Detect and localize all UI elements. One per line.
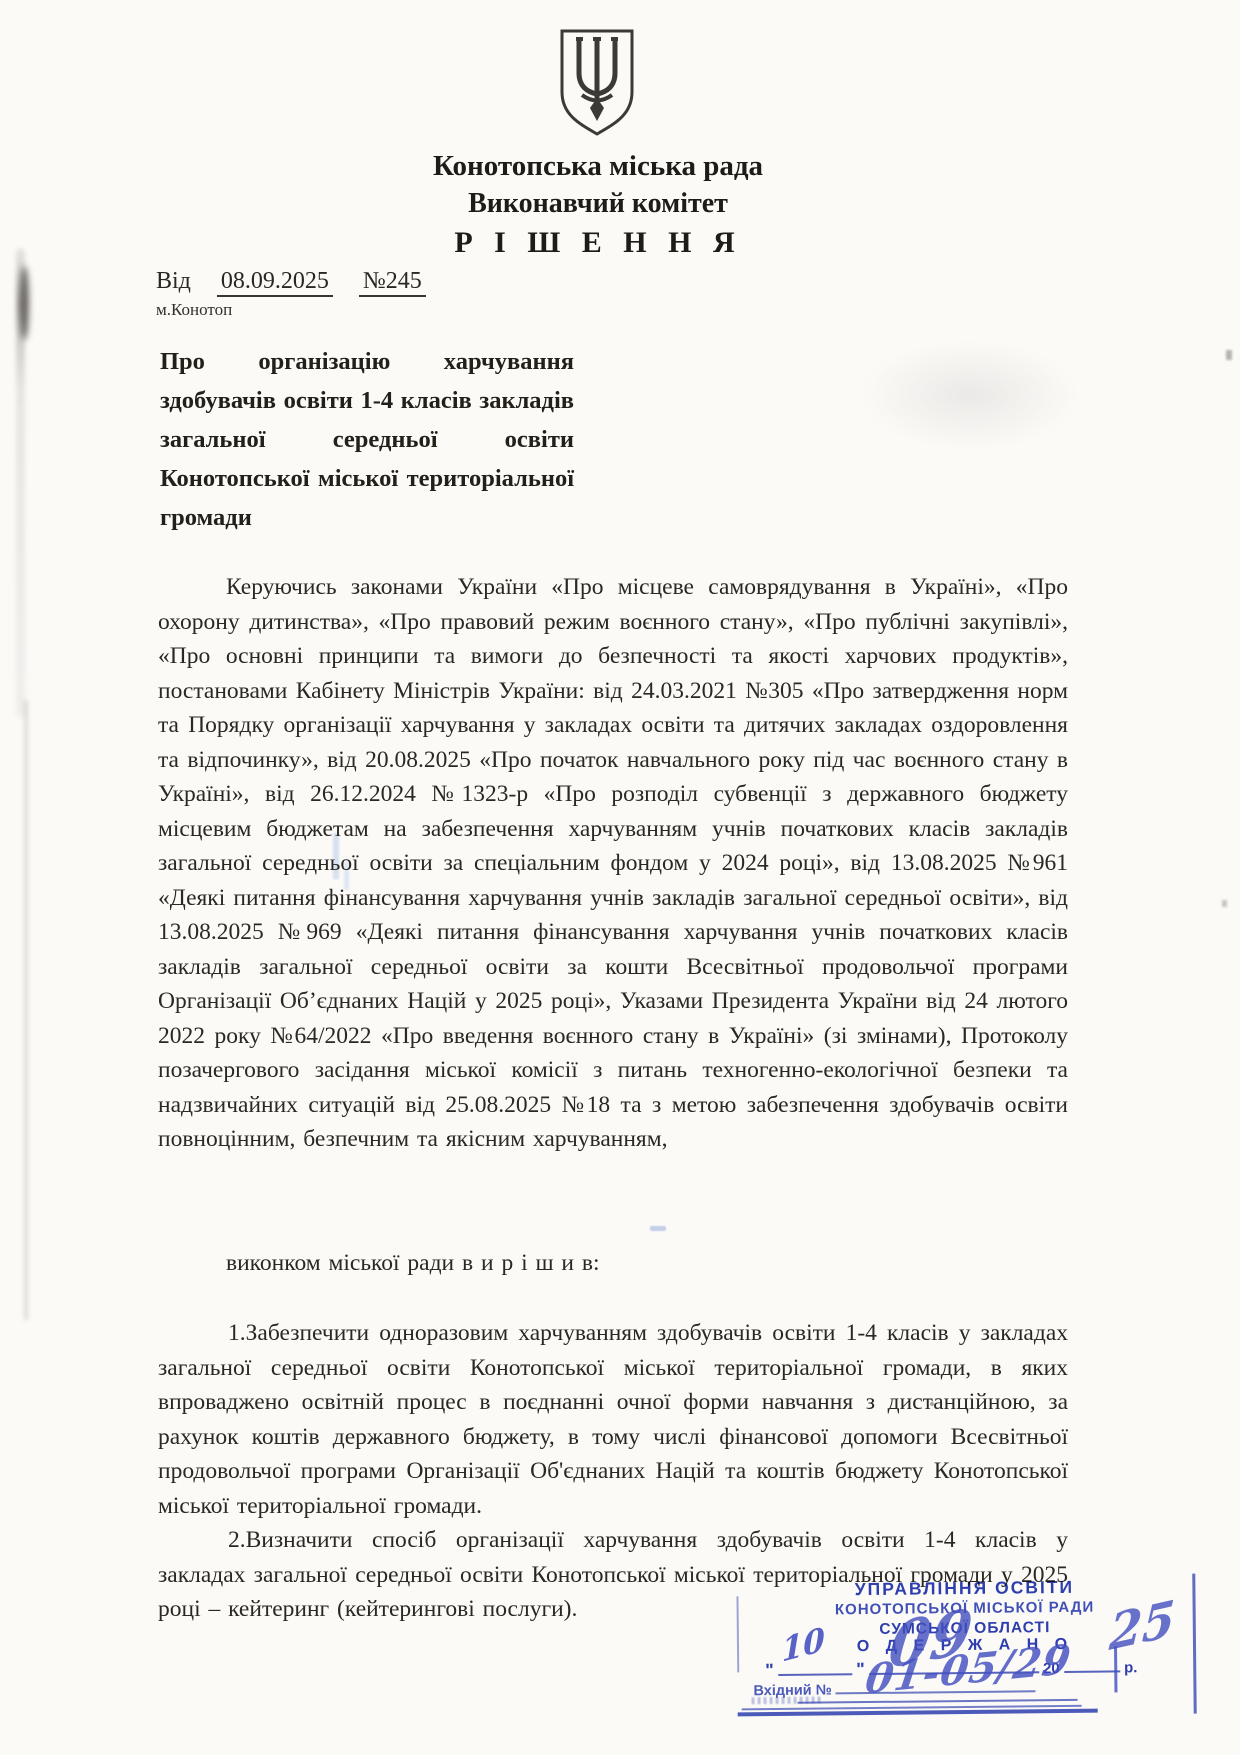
date-label: Від — [156, 268, 191, 294]
ink-mark — [650, 1226, 666, 1231]
stamp-year-suffix: р. — [1124, 1659, 1138, 1676]
city-label: м.Конотоп — [156, 300, 232, 320]
resolution-intro-emphasis: в и р і ш и в: — [462, 1250, 600, 1276]
scan-streak-2 — [24, 700, 28, 1320]
scan-streak-blob — [20, 266, 29, 340]
organization-name: Конотопська міська рада — [0, 150, 1196, 183]
date-value: 08.09.2025 — [217, 268, 333, 297]
decision-title: Про організацію харчування здобувачів ос… — [160, 342, 574, 537]
incoming-registration-stamp: УПРАВЛІННЯ ОСВІТИ КОНОТОПСЬКОЇ МІСЬКОЇ Р… — [736, 1574, 1196, 1719]
document-number: №245 — [359, 268, 426, 297]
scan-speck — [1222, 900, 1227, 907]
document-type-heading: Р І Ш Е Н Н Я — [0, 226, 1196, 260]
resolution-intro: виконком міської ради в и р і ш и в: — [158, 1246, 1068, 1281]
resolution-item-1: 1.Забезпечити одноразовим харчуванням зд… — [158, 1316, 1068, 1523]
scanned-decision-document: Конотопська міська рада Виконавчий коміт… — [0, 0, 1240, 1755]
scan-speck — [1226, 350, 1232, 360]
committee-name: Виконавчий комітет — [0, 188, 1196, 220]
preamble-paragraph: Керуючись законами України «Про місцеве … — [158, 570, 1068, 1157]
stamp-underline — [798, 1699, 1078, 1704]
date-and-number-line: Від08.09.2025№245 — [156, 268, 426, 295]
quote-mark: " — [856, 1659, 865, 1679]
quote-mark: " — [765, 1660, 774, 1680]
ink-bleed — [860, 340, 1080, 450]
ukraine-trident-emblem-icon — [552, 26, 642, 142]
resolution-intro-prefix: виконком міської ради — [226, 1250, 462, 1276]
